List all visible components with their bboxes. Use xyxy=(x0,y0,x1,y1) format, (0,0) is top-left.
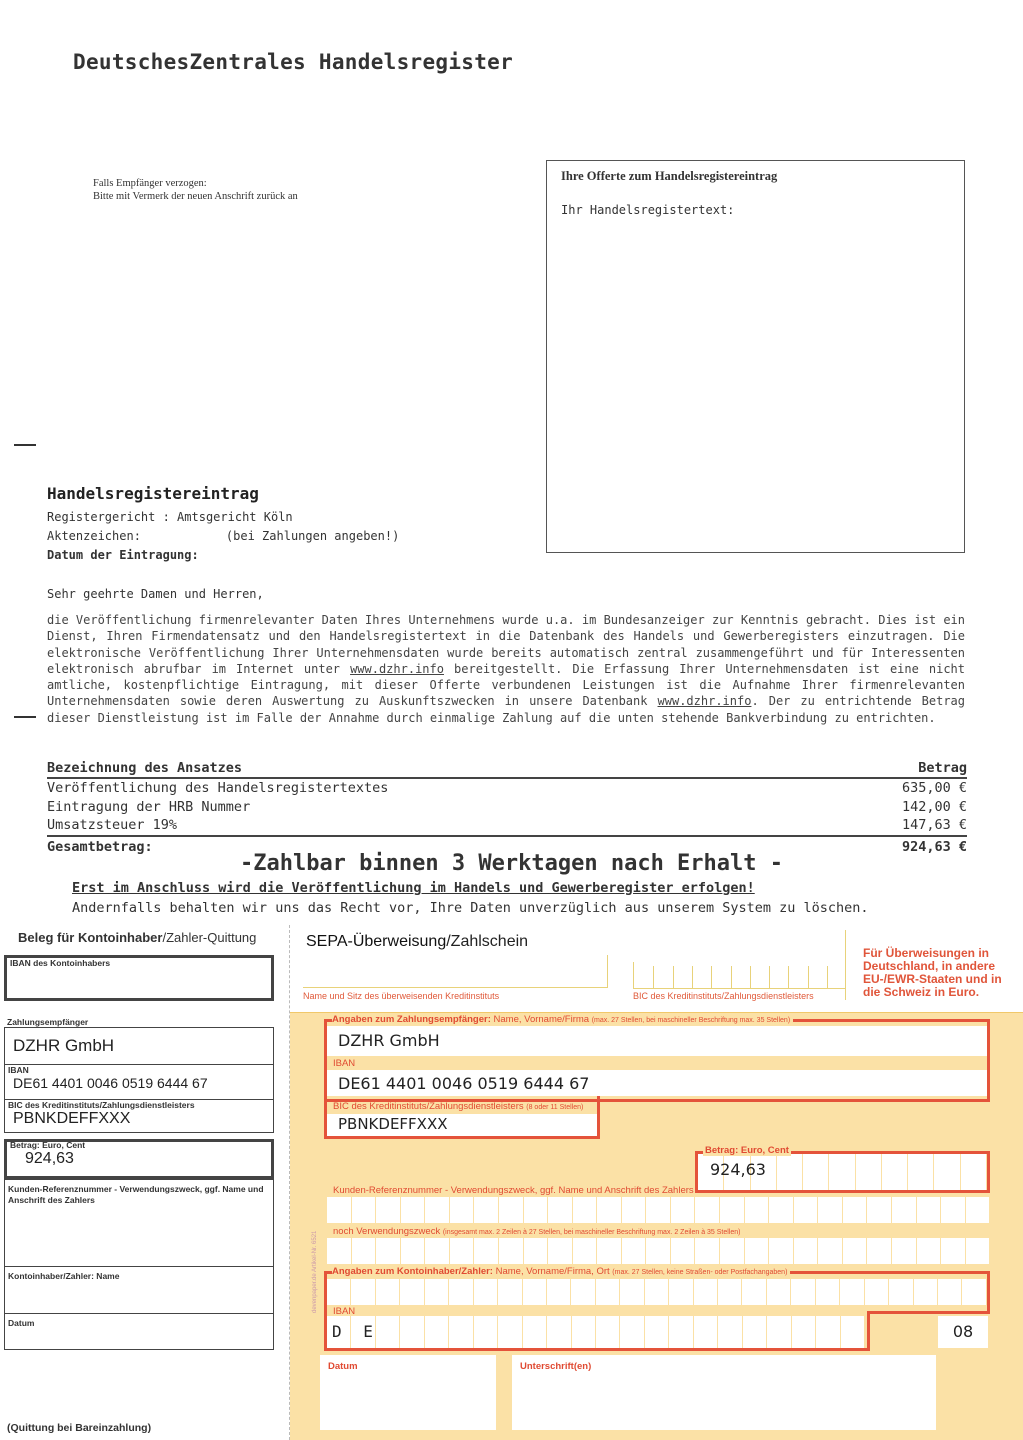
divider xyxy=(607,955,608,988)
fold-mark xyxy=(14,716,36,718)
sepa-form-body: Angaben zum Zahlungsempfänger: Name, Vor… xyxy=(290,1012,1023,1440)
payer-iban-prefix: D E xyxy=(332,1322,379,1341)
salutation: Sehr geehrte Damen und Herren, xyxy=(47,587,264,601)
amount-label: Betrag: Euro, Cent xyxy=(703,1145,791,1156)
sepa-transfer-form: SEPA-Überweisung/Zahlschein Name und Sit… xyxy=(290,925,1023,1440)
payee-label: Angaben zum Zahlungsempfänger: Name, Vor… xyxy=(332,1014,793,1025)
reference-line: Aktenzeichen:(bei Zahlungen angeben!) xyxy=(47,527,399,546)
payer-receipt: Beleg für Kontoinhaber/Zahler-Quittung I… xyxy=(0,925,290,1440)
payee-block: Zahlungsempfänger DZHR GmbH IBAN DE61 44… xyxy=(4,1017,274,1145)
register-text-label: Ihr Handelsregistertext: xyxy=(561,203,734,217)
document-title: DeutschesZentrales Handelsregister xyxy=(73,50,513,74)
date-field[interactable]: Datum xyxy=(4,1313,274,1350)
amount-value: 924,63 xyxy=(7,1150,271,1168)
bic-value: PBNKDEFFXXX xyxy=(338,1115,448,1133)
form-vendor-text: devenpaper.de Artikel-Nr. 6521 xyxy=(312,1231,318,1313)
offer-box: Ihre Offerte zum Handelsregistereintrag … xyxy=(546,160,965,553)
payee-value: DZHR GmbH xyxy=(338,1031,440,1050)
deletion-notice: Andernfalls behalten wir uns das Recht v… xyxy=(72,900,869,916)
sepa-title: SEPA-Überweisung/Zahlschein xyxy=(306,933,528,951)
reference-field[interactable]: Kunden-Referenznummer - Verwendungszweck… xyxy=(4,1179,274,1267)
payer-name-field[interactable]: Kontoinhaber/Zahler: Name xyxy=(4,1266,274,1314)
region-note: Für Überweisungen in Deutschland, in and… xyxy=(863,947,1013,999)
amount-value: 924,63 xyxy=(710,1160,766,1179)
signature-field[interactable]: Unterschrift(en) xyxy=(512,1355,936,1430)
iban-label: IBAN xyxy=(333,1058,355,1069)
website-link[interactable]: www.dzhr.info xyxy=(350,662,444,676)
cost-table-header: Bezeichnung des Ansatzes Betrag xyxy=(47,760,967,779)
payer-iban-field[interactable]: IBAN des Kontoinhabers xyxy=(4,955,274,1001)
receipt-title: Beleg für Kontoinhaber/Zahler-Quittung xyxy=(18,930,256,945)
reference-input[interactable] xyxy=(327,1197,990,1223)
reference-label: Kunden-Referenznummer - Verwendungszweck… xyxy=(333,1185,694,1196)
website-link[interactable]: www.dzhr.info xyxy=(658,694,752,708)
fold-mark xyxy=(14,444,36,446)
cost-row: Veröffentlichung des Handelsregistertext… xyxy=(47,779,967,798)
date-line: Datum der Eintragung: xyxy=(47,546,399,565)
payer-label: Angaben zum Kontoinhaber/Zahler: Name, V… xyxy=(332,1266,790,1277)
return-note-line: Falls Empfänger verzogen: xyxy=(93,177,298,190)
bic-label: BIC des Kreditinstituts/Zahlungsdienstle… xyxy=(333,1101,583,1112)
return-address-note: Falls Empfänger verzogen: Bitte mit Verm… xyxy=(93,177,298,203)
iban-value: DE61 4401 0046 0519 6444 67 xyxy=(338,1074,589,1093)
bank-field-line[interactable] xyxy=(303,987,608,988)
cost-table: Bezeichnung des Ansatzes Betrag Veröffen… xyxy=(47,760,967,857)
bank-label: Name und Sitz des überweisenden Kreditin… xyxy=(303,991,499,1001)
cost-row: Eintragung der HRB Nummer142,00 € xyxy=(47,798,967,817)
form-code: 08 xyxy=(938,1316,988,1348)
payee-value: DZHR GmbH xyxy=(5,1028,273,1064)
divider xyxy=(845,930,846,1000)
cash-receipt-note: (Quittung bei Bareinzahlung) xyxy=(7,1422,151,1434)
payer-name-input[interactable] xyxy=(327,1279,987,1305)
court-line: Registergericht : Amtsgericht Köln xyxy=(47,508,399,527)
offer-heading: Ihre Offerte zum Handelsregistereintrag xyxy=(561,169,777,184)
reference2-label: noch Verwendungszweck (insgesamt max. 2 … xyxy=(333,1226,741,1237)
publish-notice: Erst im Anschluss wird die Veröffentlich… xyxy=(72,880,755,896)
payment-deadline: -Zahlbar binnen 3 Werktagen nach Erhalt … xyxy=(0,851,1023,876)
iban-value: DE61 4401 0046 0519 6444 67 xyxy=(5,1075,273,1099)
letter-body: die Veröffentlichung firmenrelevanter Da… xyxy=(47,612,965,726)
registration-heading: Handelsregistereintrag xyxy=(47,484,259,503)
date-field[interactable]: Datum xyxy=(320,1355,496,1430)
cost-row: Umsatzsteuer 19%147,63 € xyxy=(47,816,967,837)
payer-iban-input[interactable] xyxy=(327,1316,865,1348)
reference2-input[interactable] xyxy=(327,1238,990,1264)
bic-comb-field[interactable] xyxy=(633,962,846,989)
registration-details: Registergericht : Amtsgericht Köln Akten… xyxy=(47,508,399,565)
bic-value: PBNKDEFFXXX xyxy=(5,1110,273,1132)
bic-label: BIC des Kreditinstituts/Zahlungsdienstle… xyxy=(633,991,814,1001)
return-note-line: Bitte mit Vermerk der neuen Anschrift zu… xyxy=(93,190,298,203)
amount-field: Betrag: Euro, Cent 924,63 xyxy=(4,1139,274,1179)
